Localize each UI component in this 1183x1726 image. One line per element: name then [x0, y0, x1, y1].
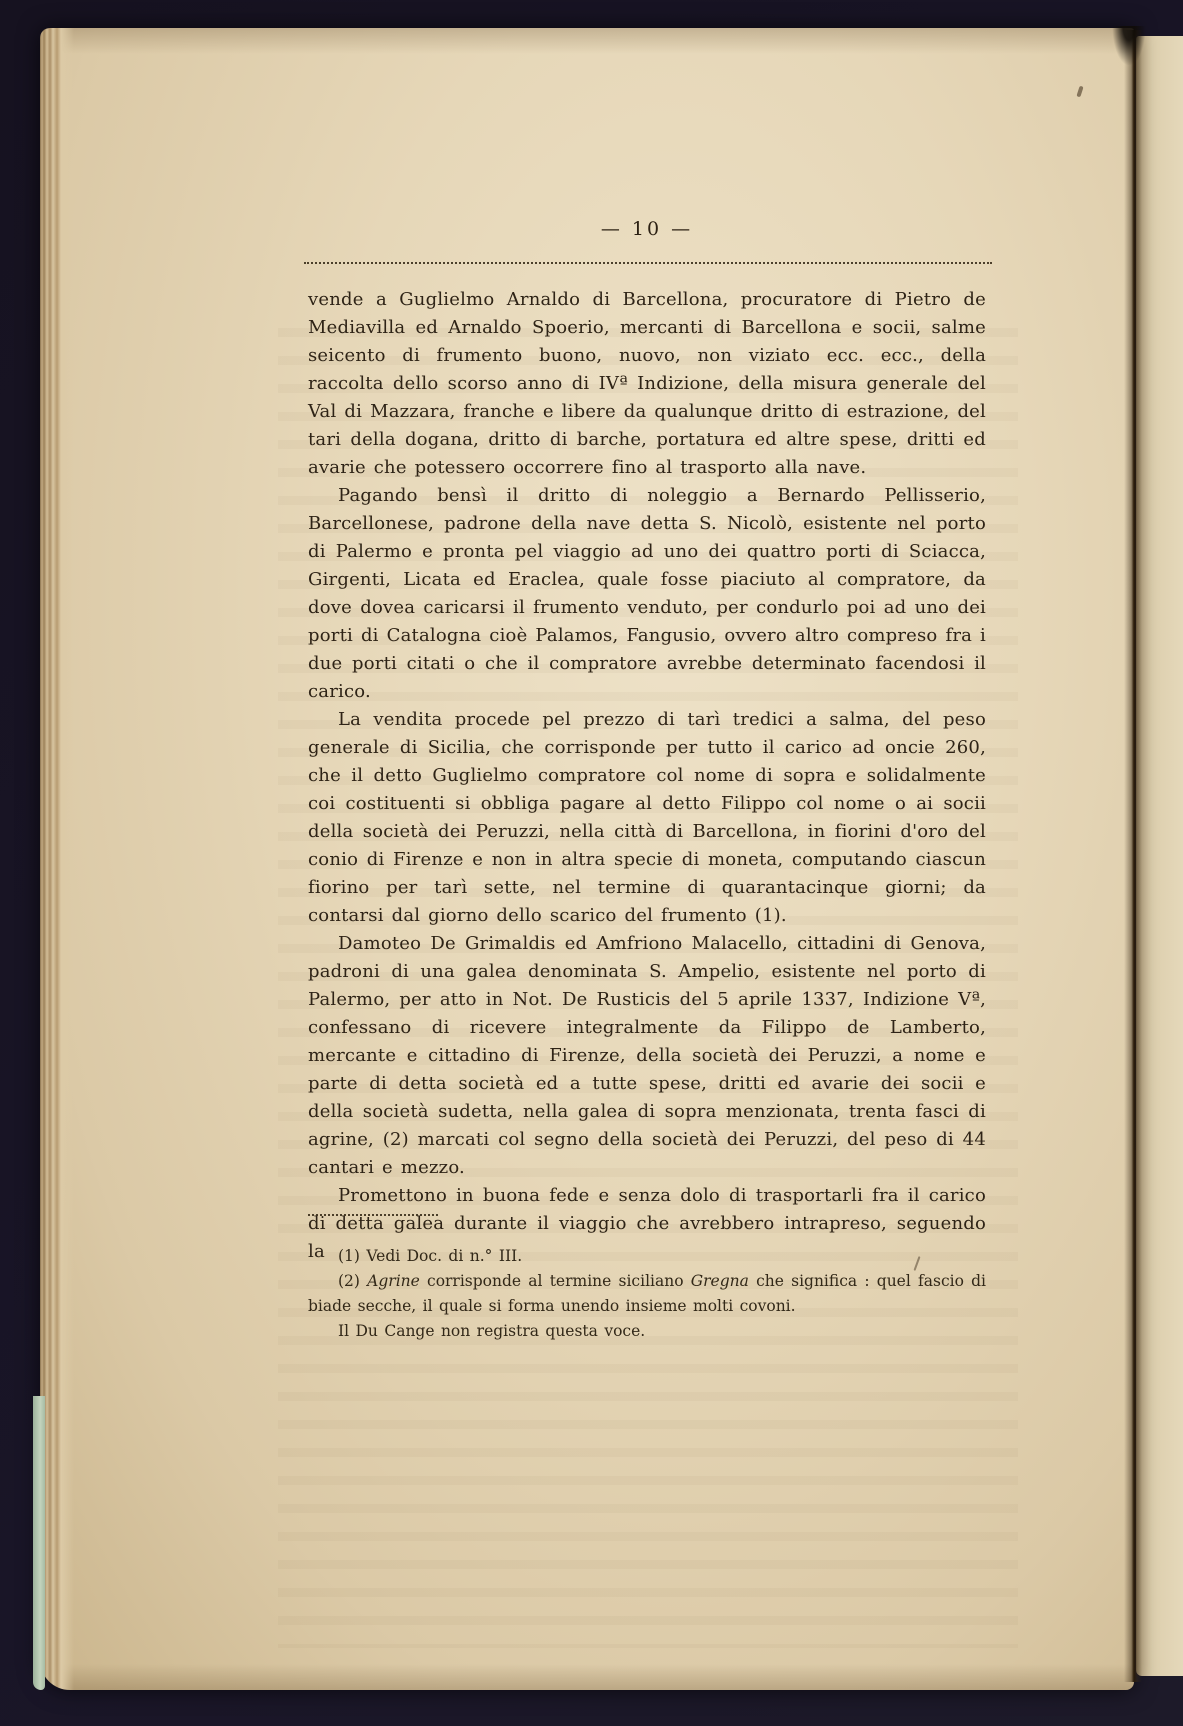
- footnote-1: (1) Vedi Doc. di n.° III.: [308, 1244, 986, 1269]
- footnote-2: (2) Agrine corrisponde al termine sicili…: [308, 1269, 986, 1319]
- page-content: — 10 — vende a Guglielmo Arnaldo di Barc…: [308, 28, 986, 1690]
- paragraph-3: La vendita procede pel prezzo di tarì tr…: [308, 706, 986, 930]
- body-text: vende a Guglielmo Arnaldo di Barcellona,…: [308, 286, 986, 1266]
- paragraph-4: Damoteo De Grimaldis ed Amfriono Malacel…: [308, 930, 986, 1182]
- scan-background: — 10 — vende a Guglielmo Arnaldo di Barc…: [0, 0, 1183, 1726]
- page-gutter-crease: [1124, 30, 1142, 1682]
- footnotes: (1) Vedi Doc. di n.° III. (2) Agrine cor…: [308, 1244, 986, 1344]
- footnote-2-term-gregna: Gregna: [691, 1272, 749, 1290]
- footnote-2-middle: corrisponde al termine siciliano: [420, 1272, 691, 1290]
- paragraph-1: vende a Guglielmo Arnaldo di Barcellona,…: [308, 286, 986, 482]
- footnote-2-label: (2): [338, 1272, 367, 1290]
- footnote-separator: [308, 1214, 438, 1216]
- cover-edge-sliver: [33, 1396, 45, 1690]
- paragraph-2: Pagando bensì il dritto di noleggio a Be…: [308, 482, 986, 706]
- footnote-2-term-agrine: Agrine: [367, 1272, 420, 1290]
- book-page: — 10 — vende a Guglielmo Arnaldo di Barc…: [40, 28, 1134, 1690]
- header-rule: [304, 262, 992, 264]
- page-number: — 10 —: [308, 218, 986, 240]
- page-notch-artifact: [1112, 26, 1146, 66]
- footnote-3: Il Du Cange non registra questa voce.: [308, 1319, 986, 1344]
- facing-page-edge: [1136, 36, 1183, 1676]
